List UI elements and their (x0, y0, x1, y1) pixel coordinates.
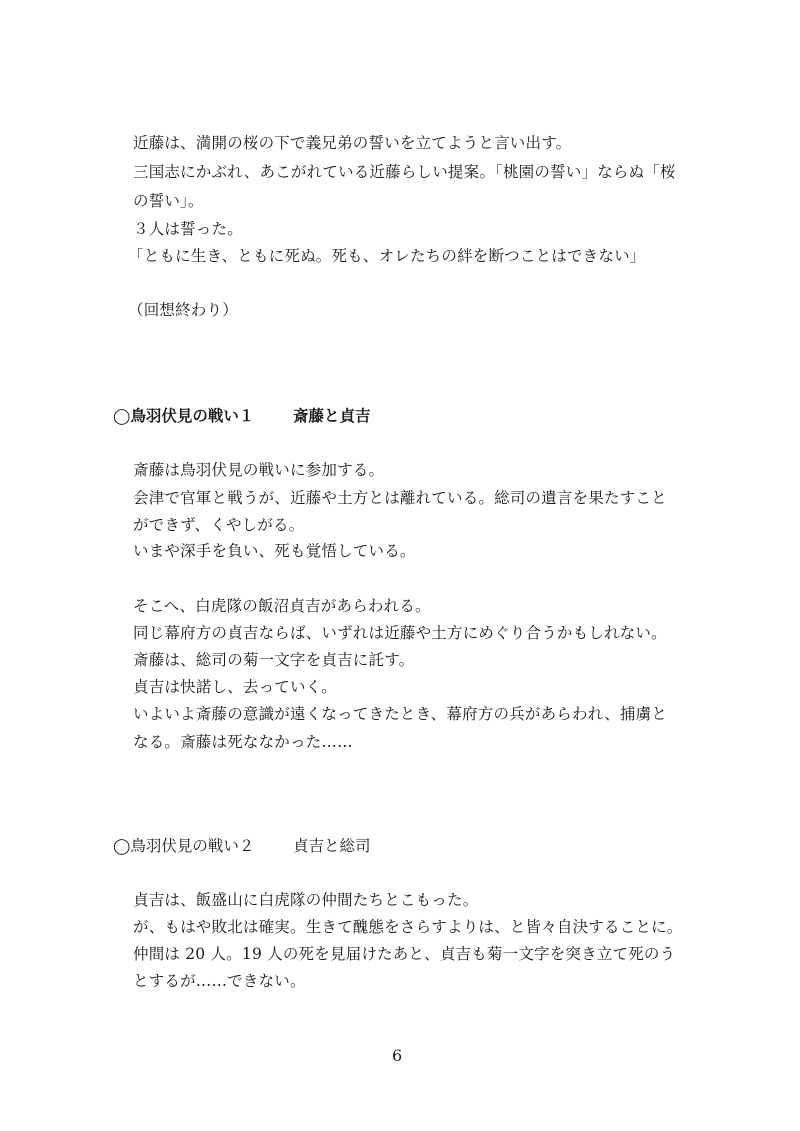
dialogue-line: 「ともに生き、ともに死ぬ。死も、オレたちの絆を断つことはできない」 (128, 246, 645, 266)
paragraph-line: 貞吉は快諾し、去っていく。 (133, 677, 337, 697)
section-heading-subtitle: 貞吉と総司 (293, 836, 371, 856)
section-heading-title: ◯鳥羽伏見の戦い２ (113, 837, 254, 855)
paragraph-line: 貞吉は、飯盛山に白虎隊の仲間たちとこもった。 (133, 890, 478, 910)
page-number: 6 (392, 1046, 402, 1066)
paragraph-line: 仲間は 20 人。19 人の死を見届けたあと、貞吉も菊一文字を突き立て死のう (133, 944, 675, 964)
flashback-end-note: （回想終わり） (128, 300, 238, 320)
section-heading-subtitle: 斎藤と貞吉 (293, 406, 371, 426)
paragraph-line: の誓い」。 (133, 191, 204, 211)
paragraph-line: 同じ幕府方の貞吉ならば、いずれは近藤や土方にめぐり合うかもしれない。 (133, 623, 667, 643)
paragraph-line: いよいよ斎藤の意識が遠くなってきたとき、幕府方の兵があらわれ、捕虜と (133, 704, 667, 724)
paragraph-line: いまや深手を負い、死も覚悟している。 (133, 541, 416, 561)
paragraph-line: が、もはや敗北は確実。生きて醜態をさらすよりは、と皆々自決することに。 (133, 917, 683, 937)
paragraph-line: ができず、くやしがる。 (133, 515, 304, 535)
paragraph-line: 近藤は、満開の桜の下で義兄弟の誓いを立てようと言い出す。 (133, 133, 571, 153)
paragraph-line: 斎藤は鳥羽伏見の戦いに参加する。 (133, 460, 384, 480)
paragraph-line: ３人は誓った。 (133, 219, 243, 239)
section-heading: ◯鳥羽伏見の戦い１ 斎藤と貞吉 (113, 406, 254, 426)
paragraph-line: 斎藤は、総司の菊一文字を貞吉に託す。 (133, 650, 414, 670)
paragraph-line: 三国志にかぶれ、あこがれている近藤らしい提案。「桃園の誓い」ならぬ「桜 (133, 162, 676, 182)
paragraph-line: なる。斎藤は死ななかった…… (133, 732, 353, 752)
section-heading-title: ◯鳥羽伏見の戦い１ (113, 407, 254, 425)
paragraph-line: とするが……できない。 (133, 971, 306, 991)
paragraph-line: そこへ、白虎隊の飯沼貞吉があらわれる。 (133, 596, 431, 616)
document-page: 近藤は、満開の桜の下で義兄弟の誓いを立てようと言い出す。 三国志にかぶれ、あこが… (0, 0, 800, 1131)
section-heading: ◯鳥羽伏見の戦い２ 貞吉と総司 (113, 836, 254, 856)
paragraph-line: 会津で官軍と戦うが、近藤や土方とは離れている。総司の遺言を果たすこと (133, 488, 667, 508)
